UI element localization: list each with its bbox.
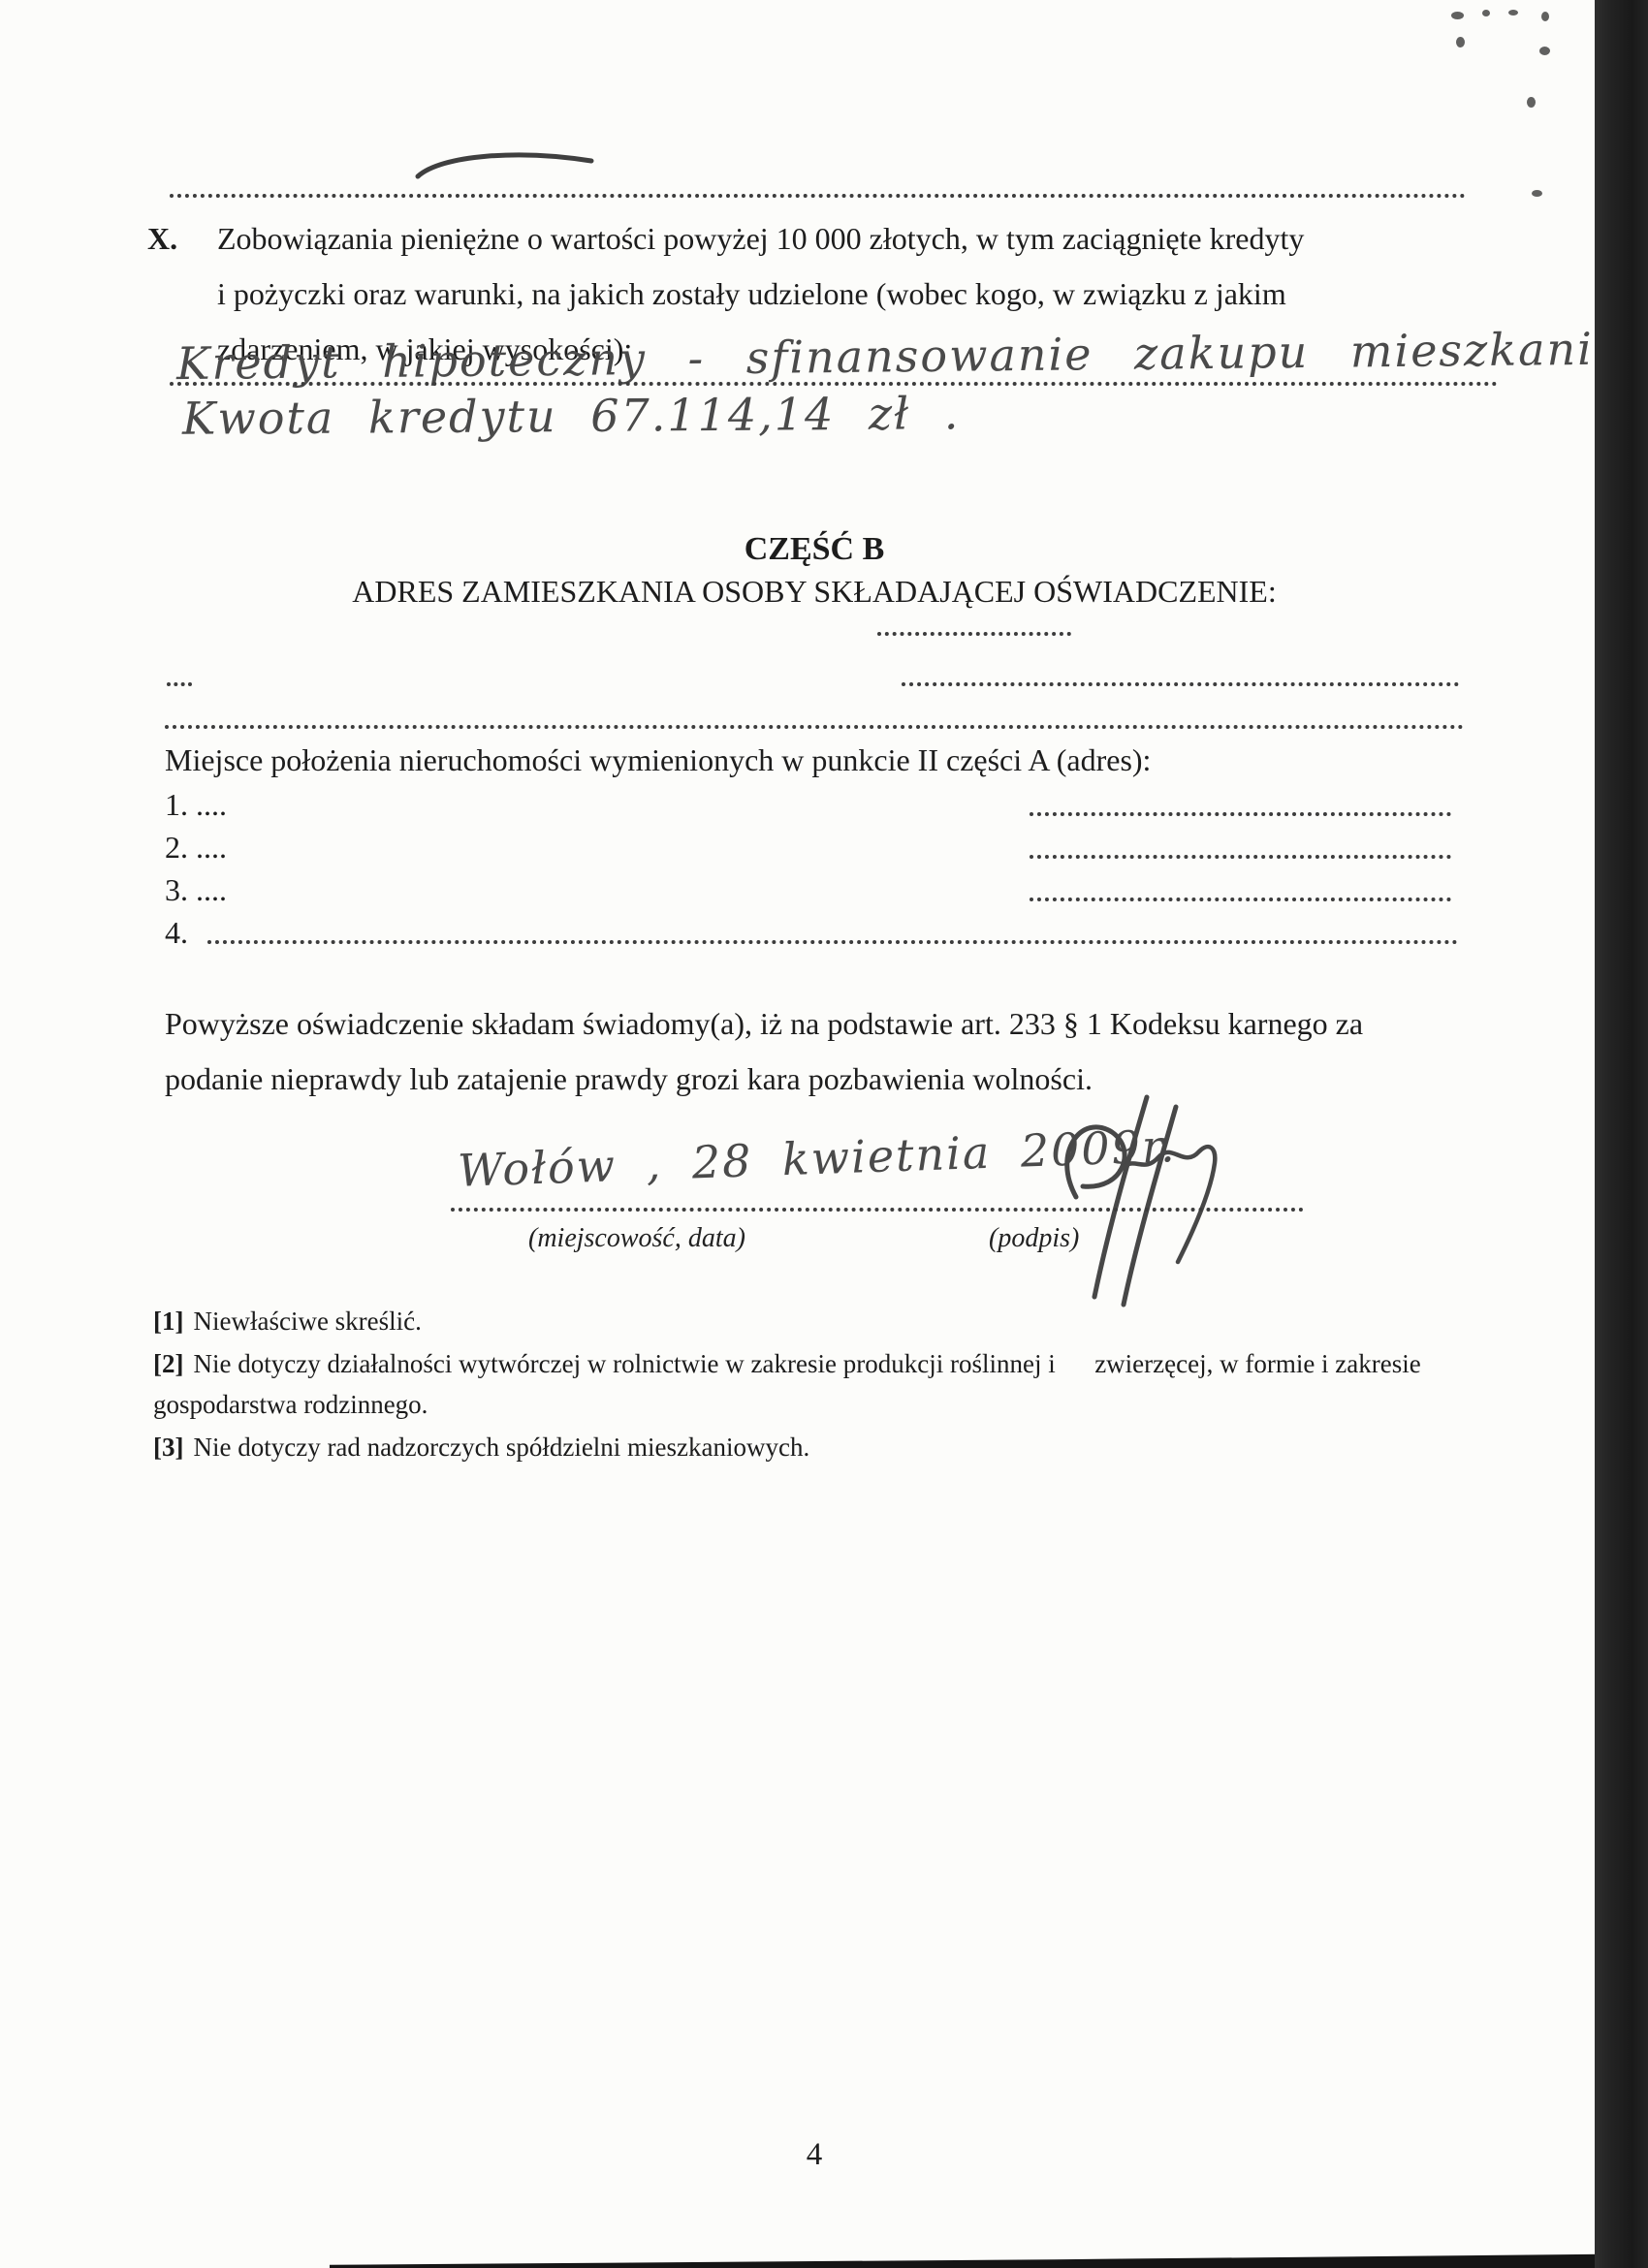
scan-speck	[1451, 12, 1464, 19]
scan-speck	[1508, 10, 1518, 16]
section-x-marker: X.	[147, 211, 217, 267]
handwriting-amount-line: Kwota kredytu 67.114,14 zł .	[182, 387, 961, 445]
handwritten-signature	[1023, 1086, 1275, 1308]
scan-speck	[1539, 47, 1550, 55]
declaration-paragraph: Powyższe oświadczenie składam świadomy(a…	[165, 996, 1522, 1107]
footnote-marker: [1]	[153, 1307, 183, 1336]
footnote-marker: [2]	[153, 1349, 183, 1378]
dotted-rule	[451, 1208, 1304, 1212]
section-x-line: X.Zobowiązania pieniężne o wartości powy…	[147, 211, 1505, 267]
part-b-title: CZĘŚĆ B	[165, 531, 1464, 568]
dotted-rule	[165, 725, 1464, 729]
footnote-3: [3]Nie dotyczy rad nadzorczych spółdziel…	[153, 1427, 809, 1467]
scan-speck	[1482, 10, 1490, 16]
dotted-rule	[170, 382, 1498, 386]
dotted-rule	[1030, 812, 1451, 816]
footnote-marker: [3]	[153, 1433, 183, 1462]
list-item: 2. ....	[165, 830, 227, 866]
handwritten-arc-stroke	[412, 147, 606, 186]
scanned-document-page: X.Zobowiązania pieniężne o wartości powy…	[0, 0, 1648, 2268]
section-x-line: i pożyczki oraz warunki, na jakich zosta…	[147, 267, 1505, 322]
signature-label: (podpis)	[989, 1223, 1079, 1254]
dotted-rule	[902, 682, 1459, 686]
list-item: 4.	[165, 915, 188, 951]
declaration-line: podanie nieprawdy lub zatajenie prawdy g…	[165, 1052, 1522, 1107]
scan-speck	[1532, 190, 1542, 197]
scan-right-edge	[1595, 0, 1648, 2268]
place-date-label: (miejscowość, data)	[528, 1223, 745, 1254]
scan-speck	[1456, 37, 1465, 47]
dotted-rule	[170, 194, 1466, 198]
footnote-1: [1]Niewłaściwe skreślić.	[153, 1301, 422, 1341]
dotted-rule	[207, 940, 1458, 944]
scan-bottom-edge	[330, 2252, 1648, 2268]
scan-speck	[1527, 97, 1536, 108]
footnote-2: [2]Nie dotyczy działalności wytwórczej w…	[153, 1343, 1569, 1425]
list-item: 3. ....	[165, 872, 227, 908]
dotted-rule	[877, 632, 1071, 636]
dotted-rule	[1030, 898, 1451, 901]
dotted-rule	[1030, 855, 1451, 859]
location-heading: Miejsce położenia nieruchomości wymienio…	[165, 742, 1151, 778]
footnote-text: Nie dotyczy rad nadzorczych spółdzielni …	[193, 1433, 809, 1462]
declaration-line: Powyższe oświadczenie składam świadomy(a…	[165, 996, 1522, 1052]
section-x-line-text: Zobowiązania pieniężne o wartości powyże…	[217, 221, 1304, 256]
footnote-text: Nie dotyczy działalności wytwórczej w ro…	[193, 1349, 1420, 1378]
scan-speck	[1541, 12, 1549, 21]
page-number: 4	[165, 2137, 1464, 2173]
part-b-subtitle: ADRES ZAMIESZKANIA OSOBY SKŁADAJĄCEJ OŚW…	[165, 574, 1464, 610]
list-item: 1. ....	[165, 787, 227, 823]
footnote-text: gospodarstwa rodzinnego.	[153, 1384, 1569, 1425]
dotted-rule	[167, 682, 192, 686]
footnote-text: Niewłaściwe skreślić.	[193, 1307, 421, 1336]
